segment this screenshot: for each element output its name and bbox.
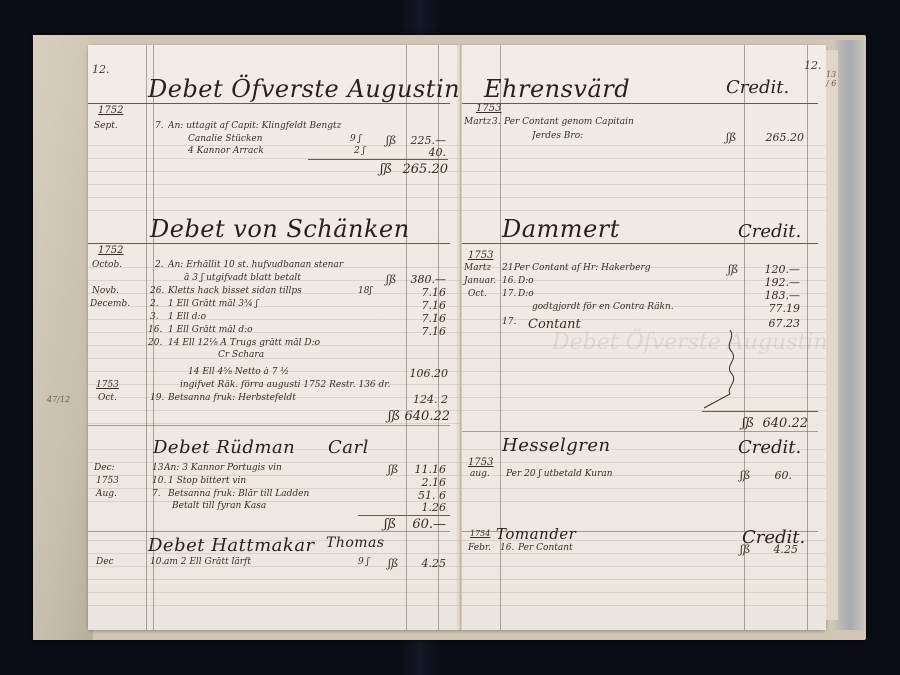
account-year: 1752: [98, 105, 123, 116]
credit-label: Credit.: [726, 77, 789, 98]
ledger-row: Sept. 7. An: uttagit af Capit: Klingfeld…: [88, 121, 460, 134]
account-year: 1752: [98, 245, 123, 256]
account-title: Dammert: [502, 215, 620, 243]
ledger-row: Betalt till fyran Kasa 1.26: [88, 501, 460, 514]
ledger-row: 4 Kannor Arrack 2 ʃ 40.: [88, 146, 460, 159]
ledger-row: Dec: 13. An: 3 Kannor Portugis vin ʃß 11…: [88, 463, 460, 476]
left-page: 12. Debet Öfverste Augustin 1752 Sept. 7…: [88, 45, 461, 630]
ledger-row: 1753 ingifvet Räk. förra augusti 1752 Re…: [88, 380, 460, 393]
bleed-through-text: Debet Öfverste Augustin: [552, 330, 826, 355]
credit-label: Credit.: [738, 221, 801, 242]
edge-note: 13 / 6: [826, 70, 838, 88]
account-total: ʃß 640.22: [462, 416, 826, 429]
ledger-row: Febr. 16. Per Contant ʃß 4.25: [462, 543, 826, 556]
ledger-row: aug. Per 20 ʃ utbetald Kuran ʃß 60.: [462, 469, 826, 482]
ledger-row: Octob. 2. An: Erhållit 10 st. hufvudbana…: [88, 260, 460, 273]
page-number-left: 12.: [92, 63, 110, 76]
account-total: ʃß 60.—: [88, 517, 460, 530]
ledger-row: Januar. 16. D:o 192.—: [462, 276, 826, 289]
account-year: 1754: [470, 529, 490, 538]
open-ledger: 12. Debet Öfverste Augustin 1752 Sept. 7…: [88, 45, 826, 630]
ledger-row: 3. 1 Ell d:o 7.16: [88, 312, 460, 325]
ledger-row: å 3 ʃ utgifvadt blatt betalt ʃß 380.—: [88, 273, 460, 286]
ledger-row: 16. 1 Ell Grått mål d:o 7.16: [88, 325, 460, 338]
ledger-row: 1753 10. 1 Stop bittert vin 2.16: [88, 476, 460, 489]
account-total: ʃß 640.22: [88, 409, 460, 422]
account-title: Ehrensvärd: [484, 75, 630, 103]
account-year: 1753: [476, 103, 501, 114]
account-year: 1753: [468, 250, 493, 261]
squiggle-flourish: [702, 330, 742, 410]
account-title: Tomander: [496, 525, 576, 543]
account-title-suffix: Thomas: [326, 535, 385, 551]
ledger-row: Cr Schara: [88, 350, 460, 363]
page-edges: 13 / 6: [826, 50, 838, 620]
right-page: Debet Öfverste Augustin 12. Ehrensvärd C…: [462, 45, 826, 630]
ledger-row: 17. Contant 67.23: [462, 317, 826, 330]
account-title: Debet Hattmakar: [148, 535, 315, 556]
cover-left-flap: 47/12: [33, 35, 93, 640]
margin-note: 47/12: [47, 395, 70, 404]
account-title: Hesselgren: [502, 435, 611, 456]
account-title: Debet von Schänken: [150, 215, 410, 243]
ledger-row: Decemb. 2. 1 Ell Grått mål 3¾ ʃ 7.16: [88, 299, 460, 312]
ledger-row: Jerdes Bro: ʃß 265.20: [462, 131, 826, 144]
page-number-right: 12.: [804, 59, 822, 72]
account-total: ʃß 265.20: [88, 162, 460, 175]
ledger-row: Oct. 17. D:o 183.—: [462, 289, 826, 302]
ledger-row: godtgjordt för en Contra Räkn. 77.19: [462, 302, 826, 315]
ledger-row: 14 Ell 4⅝ Netto à 7 ½ 106.20: [88, 367, 460, 380]
account-title: Debet Rüdman: [153, 437, 295, 458]
credit-label: Credit.: [738, 437, 801, 458]
account-title-suffix: Carl: [328, 437, 369, 458]
ledger-row: Novb. 26. Kletts hack bisset sidan tillp…: [88, 286, 460, 299]
ledger-row: Dec 10. am 2 Ell Grått lärft 9 ʃ ʃß 4.25: [88, 557, 460, 570]
ledger-row: Oct. 19. Betsanna fruk: Herbstefeldt 124…: [88, 393, 460, 406]
ledger-row: Martz 3. Per Contant genom Capitain: [462, 117, 826, 130]
account-title: Debet Öfverste Augustin: [148, 75, 460, 103]
ledger-row: Martz 21. Per Contant af Hr: Hakerberg ʃ…: [462, 263, 826, 276]
account-year: 1753: [468, 457, 493, 468]
cover-right-edge: [835, 40, 865, 630]
